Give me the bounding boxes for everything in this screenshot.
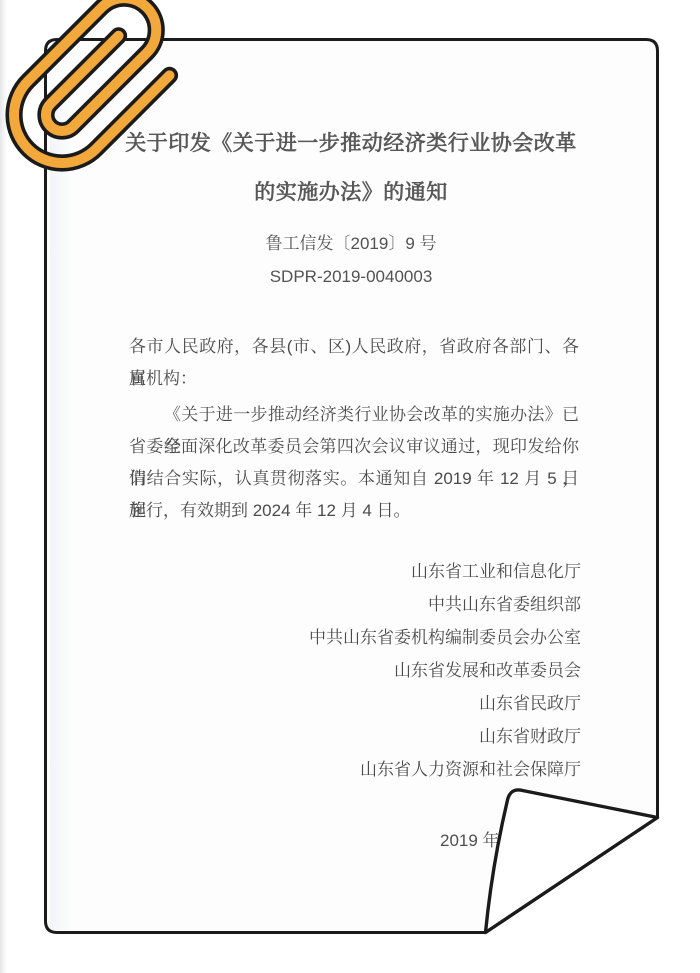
body-line: 《关于进一步推动经济类行业协会改革的实施办法》已经 (129, 399, 579, 431)
signatory: 山东省工业和信息化厅 (129, 555, 581, 588)
body-line: 请结合实际，认真贯彻落实。本通知自 2019 年 12 月 5 日起 (129, 463, 579, 495)
signatory: 山东省人力资源和社会保障厅 (129, 753, 581, 786)
body-line: 施行，有效期到 2024 年 12 月 4 日。 (129, 495, 579, 527)
document-numbers: 鲁工信发〔2019〕9 号 SDPR-2019-0040003 (44, 227, 658, 293)
signatory: 中共山东省委机构编制委员会办公室 (129, 621, 581, 654)
signatory-list: 山东省工业和信息化厅 中共山东省委组织部 中共山东省委机构编制委员会办公室 山东… (129, 555, 581, 786)
doc-code: SDPR-2019-0040003 (44, 260, 658, 293)
signatory: 山东省发展和改革委员会 (129, 654, 581, 687)
salutation-line: 各市人民政府，各县(市、区)人民政府，省政府各部门、各直 (129, 331, 579, 363)
title-line-1: 关于印发《关于进一步推动经济类行业协会改革 (44, 119, 658, 168)
scanned-document-photo: 关于印发《关于进一步推动经济类行业协会改革 的实施办法》的通知 鲁工信发〔201… (0, 0, 700, 973)
signatory: 山东省财政厅 (129, 720, 581, 753)
document-title: 关于印发《关于进一步推动经济类行业协会改革 的实施办法》的通知 (44, 119, 658, 217)
signatory: 山东省民政厅 (129, 687, 581, 720)
body-line: 省委全面深化改革委员会第四次会议审议通过，现印发给你们， (129, 431, 579, 463)
document-content: 关于印发《关于进一步推动经济类行业协会改革 的实施办法》的通知 鲁工信发〔201… (0, 0, 700, 973)
document-date-partial: 2019 年 (440, 826, 500, 851)
title-line-2: 的实施办法》的通知 (44, 168, 658, 217)
signatory: 中共山东省委组织部 (129, 588, 581, 621)
doc-number: 鲁工信发〔2019〕9 号 (44, 227, 658, 260)
document-body: 各市人民政府，各县(市、区)人民政府，省政府各部门、各直 属机构： 《关于进一步… (129, 331, 579, 527)
salutation-line: 属机构： (129, 363, 579, 395)
